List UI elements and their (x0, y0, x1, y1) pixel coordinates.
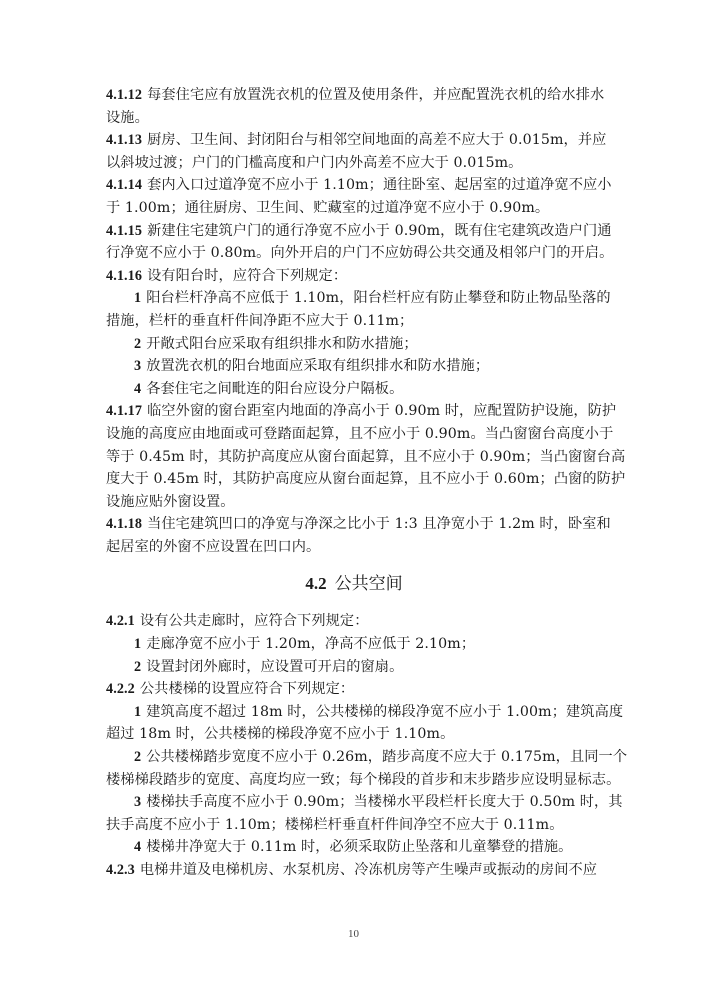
clause-number: 4.1.14 (106, 177, 142, 193)
item-number: 2 (134, 336, 141, 352)
line-text: 设置封闭外廊时，应设置可开启的窗扇。 (146, 659, 403, 675)
clause-number: 4.2.2 (106, 681, 135, 697)
clause-number: 4.2.1 (106, 613, 135, 629)
line-text: 每套住宅应有放置洗衣机的位置及使用条件，并应配置洗衣机的给水排水 (147, 87, 604, 103)
line-text: 扶手高度不应小于 1.10m；楼梯栏杆垂直杆件间净空不应大于 0.11m。 (106, 817, 564, 833)
clause-line: 等于 0.45m 时，其防护高度应从窗台面起算，且不应小于 0.90m；当凸窗窗… (106, 446, 602, 469)
line-text: 于 1.00m；通往厨房、卫生间、贮藏室的过道净宽不应小于 0.90m。 (106, 200, 549, 216)
list-item-line: 扶手高度不应小于 1.10m；楼梯栏杆垂直杆件间净空不应大于 0.11m。 (106, 814, 602, 837)
clause-line: 4.2.1设有公共走廊时，应符合下列规定： (106, 610, 602, 633)
clause-line: 4.1.14套内入口过道净宽不应小于 1.10m；通往卧室、起居室的过道净宽不应… (106, 174, 602, 197)
clause-line: 4.1.16设有阳台时，应符合下列规定： (106, 265, 602, 288)
line-text: 超过 18m 时，公共楼梯的梯段净宽不应小于 1.10m。 (106, 726, 454, 742)
clause-line: 4.1.17临空外窗的窗台距室内地面的净高小于 0.90m 时，应配置防护设施，… (106, 400, 602, 423)
item-number: 1 (134, 704, 141, 720)
line-text: 设有阳台时，应符合下列规定： (147, 268, 347, 284)
list-item-line: 2设置封闭外廊时，应设置可开启的窗扇。 (106, 656, 602, 679)
line-text: 建筑高度不超过 18m 时，公共楼梯的梯段净宽不应小于 1.00m；建筑高度 (146, 704, 623, 720)
line-text: 等于 0.45m 时，其防护高度应从窗台面起算，且不应小于 0.90m；当凸窗窗… (106, 449, 625, 465)
line-text: 新建住宅建筑户门的通行净宽不应小于 0.90m，既有住宅建筑改造户门通 (147, 223, 612, 239)
line-text: 设有公共走廊时，应符合下列规定： (140, 613, 369, 629)
section-heading: 4.2公共空间 (106, 562, 602, 606)
line-text: 楼梯井净宽大于 0.11m 时，必须采取防止坠落和儿童攀登的措施。 (146, 839, 572, 855)
clause-line: 设施。 (106, 107, 602, 130)
clause-line: 起居室的外窗不应设置在凹口内。 (106, 536, 602, 559)
item-number: 3 (134, 794, 141, 810)
line-text: 措施，栏杆的垂直杆件间净距不应大于 0.11m； (106, 313, 413, 329)
list-item-line: 楼梯梯段踏步的宽度、高度均应一致；每个梯段的首步和末步踏步应设明显标志。 (106, 769, 602, 792)
line-text: 楼梯扶手高度不应小于 0.90m；当楼梯水平段栏杆长度大于 0.50m 时，其 (146, 794, 622, 810)
clause-number: 4.1.16 (106, 268, 142, 284)
clause-number: 4.1.18 (106, 516, 142, 532)
line-text: 临空外窗的窗台距室内地面的净高小于 0.90m 时，应配置防护设施，防护 (147, 403, 616, 419)
list-item-line: 2开敞式阳台应采取有组织排水和防水措施； (106, 333, 602, 356)
list-item-line: 1建筑高度不超过 18m 时，公共楼梯的梯段净宽不应小于 1.00m；建筑高度 (106, 701, 602, 724)
line-text: 当住宅建筑凹口的净宽与净深之比小于 1:3 且净宽小于 1.2m 时，卧室和 (147, 516, 611, 532)
line-text: 开敞式阳台应采取有组织排水和防水措施； (146, 336, 417, 352)
item-number: 4 (134, 381, 141, 397)
clause-line: 设施的高度应由地面或可登踏面起算，且不应小于 0.90m。当凸窗窗台高度小于 (106, 423, 602, 446)
clause-number: 4.1.12 (106, 87, 142, 103)
clause-line: 设施应贴外窗设置。 (106, 491, 602, 514)
clause-number: 4.2.3 (106, 862, 135, 878)
line-text: 走廊净宽不应小于 1.20m，净高不应低于 2.10m； (146, 636, 475, 652)
list-item-line: 1阳台栏杆净高不应低于 1.10m，阳台栏杆应有防止攀登和防止物品坠落的 (106, 287, 602, 310)
line-text: 行净宽不应小于 0.80m。向外开启的户门不应妨碍公共交通及相邻户门的开启。 (106, 245, 613, 261)
line-text: 套内入口过道净宽不应小于 1.10m；通往卧室、起居室的过道净宽不应小 (147, 177, 612, 193)
item-number: 1 (134, 290, 141, 306)
line-text: 公共楼梯的设置应符合下列规定： (140, 681, 354, 697)
list-item-line: 1走廊净宽不应小于 1.20m，净高不应低于 2.10m； (106, 633, 602, 656)
clause-number: 4.1.13 (106, 132, 142, 148)
clause-line: 4.2.3电梯井道及电梯机房、水泵机房、冷冻机房等产生噪声或振动的房间不应 (106, 859, 602, 882)
list-item-line: 3楼梯扶手高度不应小于 0.90m；当楼梯水平段栏杆长度大于 0.50m 时，其 (106, 791, 602, 814)
list-item-line: 4各套住宅之间毗连的阳台应设分户隔板。 (106, 378, 602, 401)
line-text: 阳台栏杆净高不应低于 1.10m，阳台栏杆应有防止攀登和防止物品坠落的 (146, 290, 611, 306)
item-number: 1 (134, 636, 141, 652)
list-item-line: 3放置洗衣机的阳台地面应采取有组织排水和防水措施； (106, 355, 602, 378)
clause-number: 4.1.17 (106, 403, 142, 419)
clause-line: 4.1.13厨房、卫生间、封闭阳台与相邻空间地面的高差不应大于 0.015m，并… (106, 129, 602, 152)
clause-line: 于 1.00m；通往厨房、卫生间、贮藏室的过道净宽不应小于 0.90m。 (106, 197, 602, 220)
clause-line: 4.1.12每套住宅应有放置洗衣机的位置及使用条件，并应配置洗衣机的给水排水 (106, 84, 602, 107)
clause-line: 4.2.2公共楼梯的设置应符合下列规定： (106, 678, 602, 701)
line-text: 楼梯梯段踏步的宽度、高度均应一致；每个梯段的首步和末步踏步应设明显标志。 (106, 772, 620, 788)
clause-line: 以斜坡过渡；户门的门槛高度和户门内外高差不应大于 0.015m。 (106, 152, 602, 175)
line-text: 设施的高度应由地面或可登踏面起算，且不应小于 0.90m。当凸窗窗台高度小于 (106, 426, 613, 442)
page-number: 10 (0, 928, 707, 940)
line-text: 起居室的外窗不应设置在凹口内。 (106, 539, 320, 555)
clause-line: 行净宽不应小于 0.80m。向外开启的户门不应妨碍公共交通及相邻户门的开启。 (106, 242, 602, 265)
line-text: 各套住宅之间毗连的阳台应设分户隔板。 (146, 381, 403, 397)
clause-line: 4.1.15新建住宅建筑户门的通行净宽不应小于 0.90m，既有住宅建筑改造户门… (106, 220, 602, 243)
clause-line: 4.1.18当住宅建筑凹口的净宽与净深之比小于 1:3 且净宽小于 1.2m 时… (106, 513, 602, 536)
document-page: 4.1.12每套住宅应有放置洗衣机的位置及使用条件，并应配置洗衣机的给水排水设施… (106, 84, 602, 882)
item-number: 4 (134, 839, 141, 855)
item-number: 3 (134, 358, 141, 374)
line-text: 设施。 (106, 110, 149, 126)
line-text: 以斜坡过渡；户门的门槛高度和户门内外高差不应大于 0.015m。 (106, 155, 522, 171)
list-item-line: 2公共楼梯踏步宽度不应小于 0.26m，踏步高度不应大于 0.175m，且同一个 (106, 746, 602, 769)
section-number: 4.2 (305, 574, 326, 593)
line-text: 度大于 0.45m 时，其防护高度应从窗台面起算，且不应小于 0.60m；凸窗的… (106, 471, 625, 487)
line-text: 公共楼梯踏步宽度不应小于 0.26m，踏步高度不应大于 0.175m，且同一个 (146, 749, 627, 765)
line-text: 厨房、卫生间、封闭阳台与相邻空间地面的高差不应大于 0.015m，并应 (147, 132, 606, 148)
line-text: 放置洗衣机的阳台地面应采取有组织排水和防水措施； (146, 358, 489, 374)
list-item-line: 4楼梯井净宽大于 0.11m 时，必须采取防止坠落和儿童攀登的措施。 (106, 836, 602, 859)
line-text: 电梯井道及电梯机房、水泵机房、冷冻机房等产生噪声或振动的房间不应 (140, 862, 597, 878)
list-item-line: 超过 18m 时，公共楼梯的梯段净宽不应小于 1.10m。 (106, 723, 602, 746)
item-number: 2 (134, 749, 141, 765)
item-number: 2 (134, 659, 141, 675)
list-item-line: 措施，栏杆的垂直杆件间净距不应大于 0.11m； (106, 310, 602, 333)
clause-line: 度大于 0.45m 时，其防护高度应从窗台面起算，且不应小于 0.60m；凸窗的… (106, 468, 602, 491)
section-title: 公共空间 (335, 574, 403, 594)
clause-number: 4.1.15 (106, 223, 142, 239)
line-text: 设施应贴外窗设置。 (106, 494, 235, 510)
